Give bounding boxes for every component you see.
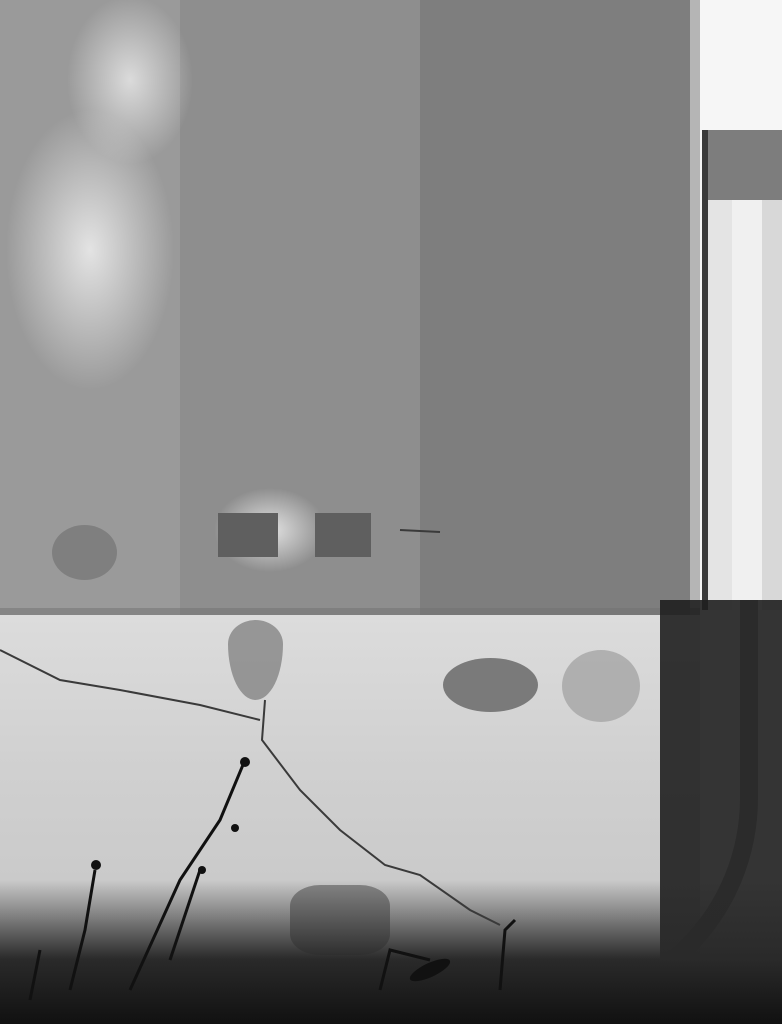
details-overlay: [0, 0, 782, 1024]
photograph: [0, 0, 782, 1024]
wall-crack: [0, 530, 500, 925]
